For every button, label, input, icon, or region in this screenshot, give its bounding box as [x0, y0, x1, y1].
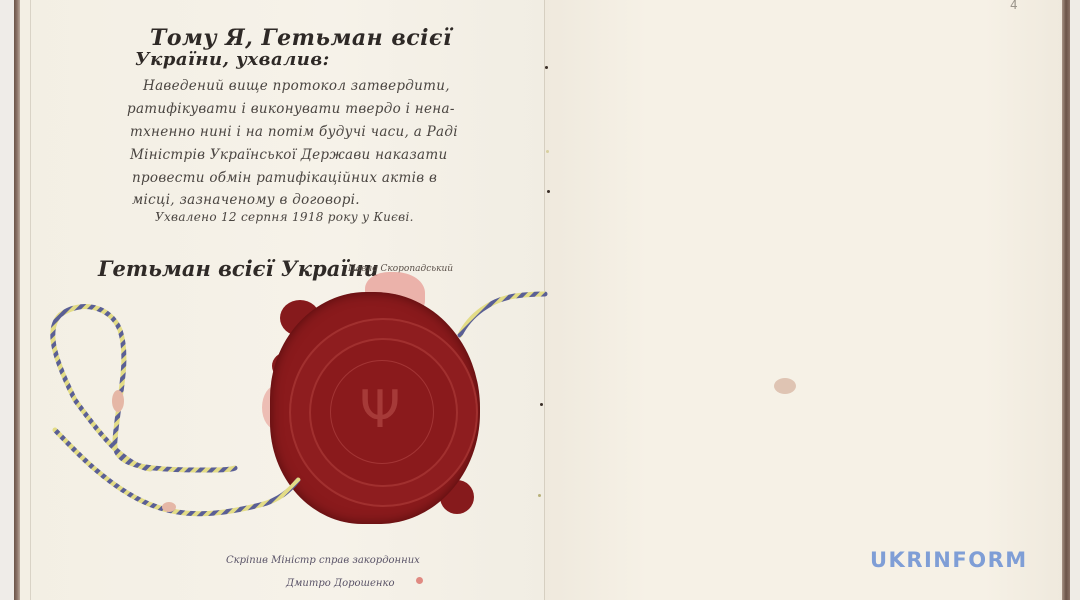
- wax-stain: [112, 390, 124, 412]
- countersign-line-2: Дмитро Дорошенко: [286, 578, 395, 589]
- countersign-line-1: Скріпив Міністр справ закордонних: [226, 555, 420, 566]
- ukrinform-logo: UKRINFORM: [870, 548, 1028, 572]
- wax-stain: [162, 502, 176, 512]
- cord: [0, 0, 1080, 600]
- book-spread: 4 Тому Я, Гетьман всієї України, ухвалив…: [0, 0, 1080, 600]
- red-dot-stain: [416, 577, 423, 584]
